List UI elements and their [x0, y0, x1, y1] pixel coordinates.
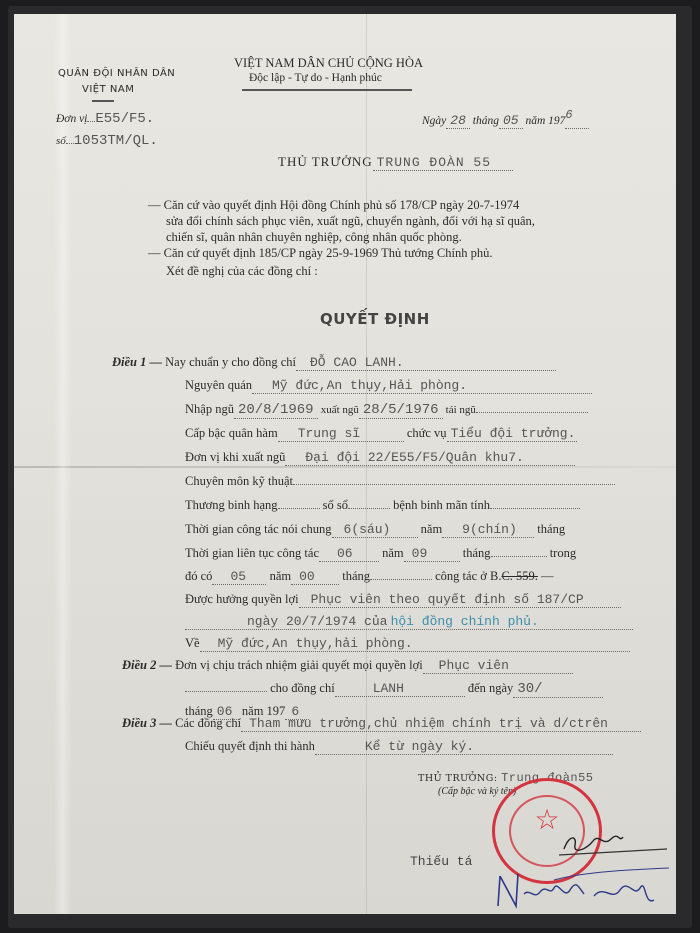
- soldier-name: ĐỖ CAO LANH.: [296, 355, 404, 370]
- service-cont-months: 09: [404, 546, 428, 561]
- service-total-months: 9(chín): [442, 522, 517, 537]
- issue-date: Ngày28 tháng05 năm 1976: [422, 113, 589, 129]
- illness-field: [490, 508, 580, 509]
- book-field: [348, 508, 390, 509]
- discharge-date: 28/5/1976: [359, 402, 443, 418]
- rank: Trung sĩ: [278, 426, 360, 441]
- position: Tiểu đội trưởng.: [447, 426, 576, 441]
- number-value: 1053TM/QL.: [74, 133, 158, 149]
- hometown: Mỹ đức,An thụy,Hải phòng.: [252, 378, 467, 393]
- preamble-line-4: Căn cứ quyết định 185/CP ngày 25-9-1969 …: [164, 246, 493, 260]
- preamble-line-3: chiến sĩ, quân nhân chuyên nghiệp, công …: [166, 230, 462, 245]
- date-year-digit: 6: [565, 108, 572, 122]
- return-place: Mỹ đức,An thụy,hải phòng.: [200, 636, 413, 651]
- service-cont-years: 06: [319, 546, 353, 561]
- article-2-name: LANH: [335, 681, 404, 696]
- unit-value: E55/F5.: [95, 111, 154, 127]
- org-country: VIỆT NAM: [82, 84, 134, 95]
- preamble-line-5: Xét đề nghị của các đồng chí :: [166, 264, 318, 279]
- enlist-date: 20/8/1969: [234, 402, 318, 418]
- commander-initials-signature: [559, 827, 669, 857]
- country-name: VIỆT NAM DÂN CHỦ CỘNG HÒA: [234, 56, 423, 71]
- date-month: 05: [499, 113, 523, 128]
- document-title: QUYẾT ĐỊNH: [320, 310, 430, 328]
- unit-label: Đơn vị: [56, 113, 87, 125]
- authority-value: TRUNG ĐOÀN 55: [373, 155, 491, 170]
- preamble-line-2: sửa đổi chính sách phục viên, xuất ngũ, …: [166, 214, 535, 229]
- article-3-comrades: Tham mưu trưởng,chủ nhiệm chính trị và d…: [241, 716, 608, 731]
- fold-crease: [54, 14, 72, 914]
- header-underline: [92, 100, 114, 102]
- specialty-field: [293, 484, 615, 485]
- signer-rank: Thiếu tá: [410, 854, 472, 869]
- article-2-until-day: 30/: [513, 681, 542, 697]
- article-2-benefit: Phục viên: [423, 658, 509, 673]
- signature-authority-label: THỦ TRƯỞNG: [418, 773, 494, 784]
- article-2-label: Điều 2 —: [122, 658, 172, 672]
- of-which-years: 05: [212, 569, 246, 584]
- date-day: 28: [446, 113, 470, 128]
- number-label: số: [56, 135, 66, 147]
- motto-underline: [242, 89, 412, 91]
- service-total-years: 6(sáu): [332, 522, 391, 537]
- article-3-label: Điều 3 —: [122, 716, 172, 730]
- preamble-line-1: Căn cứ vào quyết định Hội đồng Chính phủ…: [164, 198, 520, 212]
- discharge-unit: Đại đội 22/E55/F5/Quân khu7.: [285, 450, 523, 465]
- org-name: QUÂN ĐỘI NHÂN DÂN: [58, 68, 175, 79]
- benefit-line-2a: ngày 20/7/1974 của: [185, 614, 387, 629]
- handwritten-signature: [494, 866, 674, 914]
- wounded-field: [278, 508, 320, 509]
- struck-unit: C. 559.: [501, 569, 537, 583]
- motto: Độc lập - Tự do - Hạnh phúc: [249, 72, 382, 84]
- benefit-line-2b: hội đồng chính phủ.: [391, 614, 539, 629]
- article-1-label: Điều 1 —: [112, 355, 162, 369]
- article-3-execute: Kể từ ngày ký.: [315, 739, 474, 754]
- decision-document: QUÂN ĐỘI NHÂN DÂN VIỆT NAM Đơn vịE55/F5.…: [14, 14, 676, 914]
- benefit-line-1: Phục viên theo quyết định số 187/CP: [299, 592, 584, 607]
- of-which-months: 00: [291, 569, 315, 584]
- authority-heading: THỦ TRƯỞNGTRUNG ĐOÀN 55: [278, 154, 513, 171]
